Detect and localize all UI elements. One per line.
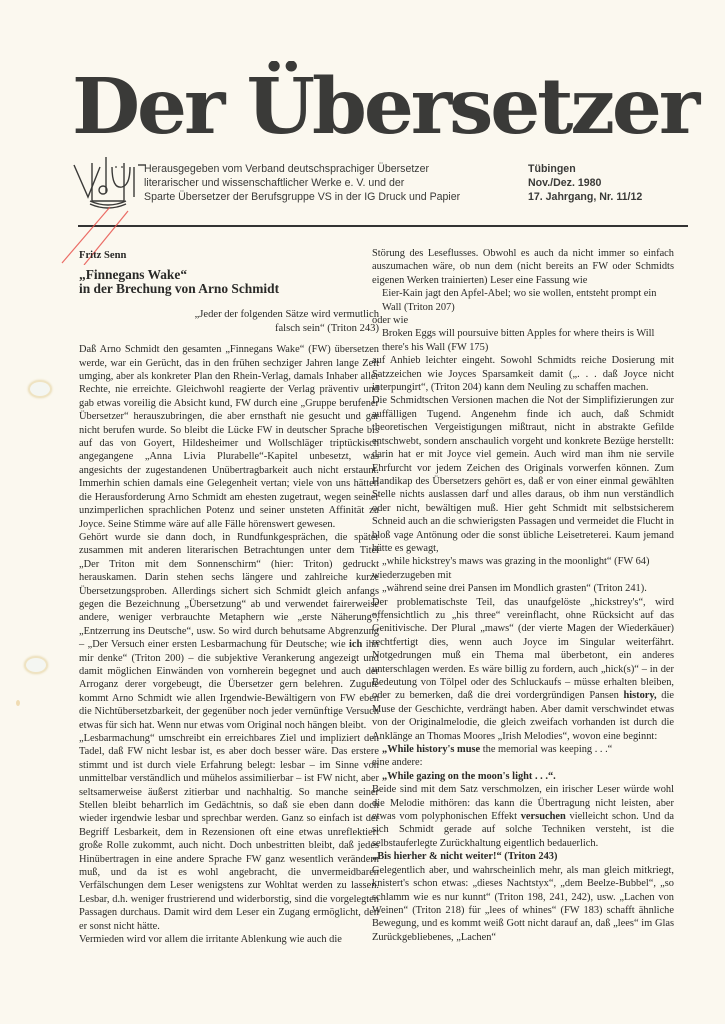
text-run: Der problematischste Teil, das unaufgelö… [372, 597, 674, 702]
emphasis: „While history's muse [382, 744, 480, 755]
edition-volume: 17. Jahrgang, Nr. 11/12 [528, 190, 698, 204]
paper-stain [16, 700, 20, 706]
section-subhead: „Bis hierher & nicht weiter!“ (Triton 24… [372, 850, 674, 863]
paragraph: Vermieden wird vor allem die irritante A… [79, 933, 379, 946]
text-run: Gehört wurde sie dann doch, in Rundfunkg… [79, 532, 379, 650]
emphasis: „While gazing on the moon's light . . .“… [382, 771, 556, 782]
masthead-title: Der Übersetzer [72, 72, 694, 142]
masthead: Der Übersetzer [72, 72, 682, 142]
paragraph: Gelegentlich aber, und wahrscheinlich me… [372, 864, 674, 944]
paragraph: Störung des Leseflusses. Obwohl es auch … [372, 247, 674, 287]
emphasis: history, [623, 690, 656, 701]
paragraph: eine andere: [372, 756, 674, 769]
subhead-citation: (Triton 243) [502, 851, 558, 862]
epigraph-line: „Jeder der folgenden Sätze wird vermutli… [79, 308, 379, 321]
article-title-line: „Finnegans Wake“ [79, 268, 379, 282]
article-column-left: Fritz Senn „Finnegans Wake“ in der Brech… [79, 249, 379, 947]
epigraph: „Jeder der folgenden Sätze wird vermutli… [79, 308, 379, 335]
paragraph: „Lesbarmachung“ umschreibt ein erreichba… [79, 732, 379, 933]
article-author: Fritz Senn [79, 249, 379, 262]
block-quote: Eier-Kain jagt den Apfel-Abel; wo sie wo… [372, 287, 674, 314]
block-quote: Broken Eggs will poursuive bitten Apples… [372, 327, 674, 354]
block-quote: „while hickstrey's maws was grazing in t… [372, 555, 674, 568]
emphasis: ich [349, 639, 362, 650]
block-quote: „während seine drei Pansen im Mondlich g… [372, 582, 674, 595]
vdue-logo-icon [72, 155, 152, 215]
paragraph: auf Anhieb leichter eingeht. Sowohl Schm… [372, 354, 674, 394]
paragraph: Daß Arno Schmidt den gesamten „Finnegans… [79, 343, 379, 531]
paragraph: Gehört wurde sie dann doch, in Rundfunkg… [79, 531, 379, 732]
edition-place: Tübingen [528, 162, 698, 176]
paragraph: Die Schmidtschen Versionen machen die No… [372, 394, 674, 555]
paragraph: Der problematischste Teil, das unaufgelö… [372, 596, 674, 743]
publisher-line: Sparte Übersetzer der Berufsgruppe VS in… [144, 190, 524, 204]
epigraph-line: falsch sein“ (Triton 243) [79, 322, 379, 335]
paragraph: wiederzugeben mit [372, 569, 674, 582]
punch-hole [28, 380, 52, 398]
emphasis: versuchen [521, 811, 566, 822]
article-column-right: Störung des Leseflusses. Obwohl es auch … [372, 247, 674, 944]
block-quote: „While history's muse the memorial was k… [372, 743, 674, 756]
paragraph: Beide sind mit dem Satz verschmolzen, ei… [372, 783, 674, 850]
publisher-line: Herausgegeben vom Verband deutschsprachi… [144, 162, 524, 176]
publisher-line: literarischer und wissenschaftlicher Wer… [144, 176, 524, 190]
article-title: „Finnegans Wake“ in der Brechung von Arn… [79, 268, 379, 296]
block-quote: „While gazing on the moon's light . . .“… [372, 770, 674, 783]
text-run: ihn mir denke“ (Triton 200) – die subjek… [79, 639, 379, 730]
masthead-divider [78, 225, 688, 227]
text-run: the memorial was keeping . . .“ [480, 744, 612, 755]
subhead-quote: „Bis hierher & nicht weiter!“ [372, 851, 502, 862]
punch-hole [24, 656, 48, 674]
publisher-info: Herausgegeben vom Verband deutschsprachi… [144, 162, 524, 204]
article-title-line: in der Brechung von Arno Schmidt [79, 282, 379, 296]
edition-info: Tübingen Nov./Dez. 1980 17. Jahrgang, Nr… [528, 162, 698, 204]
paragraph: oder wie [372, 314, 674, 327]
edition-date: Nov./Dez. 1980 [528, 176, 698, 190]
